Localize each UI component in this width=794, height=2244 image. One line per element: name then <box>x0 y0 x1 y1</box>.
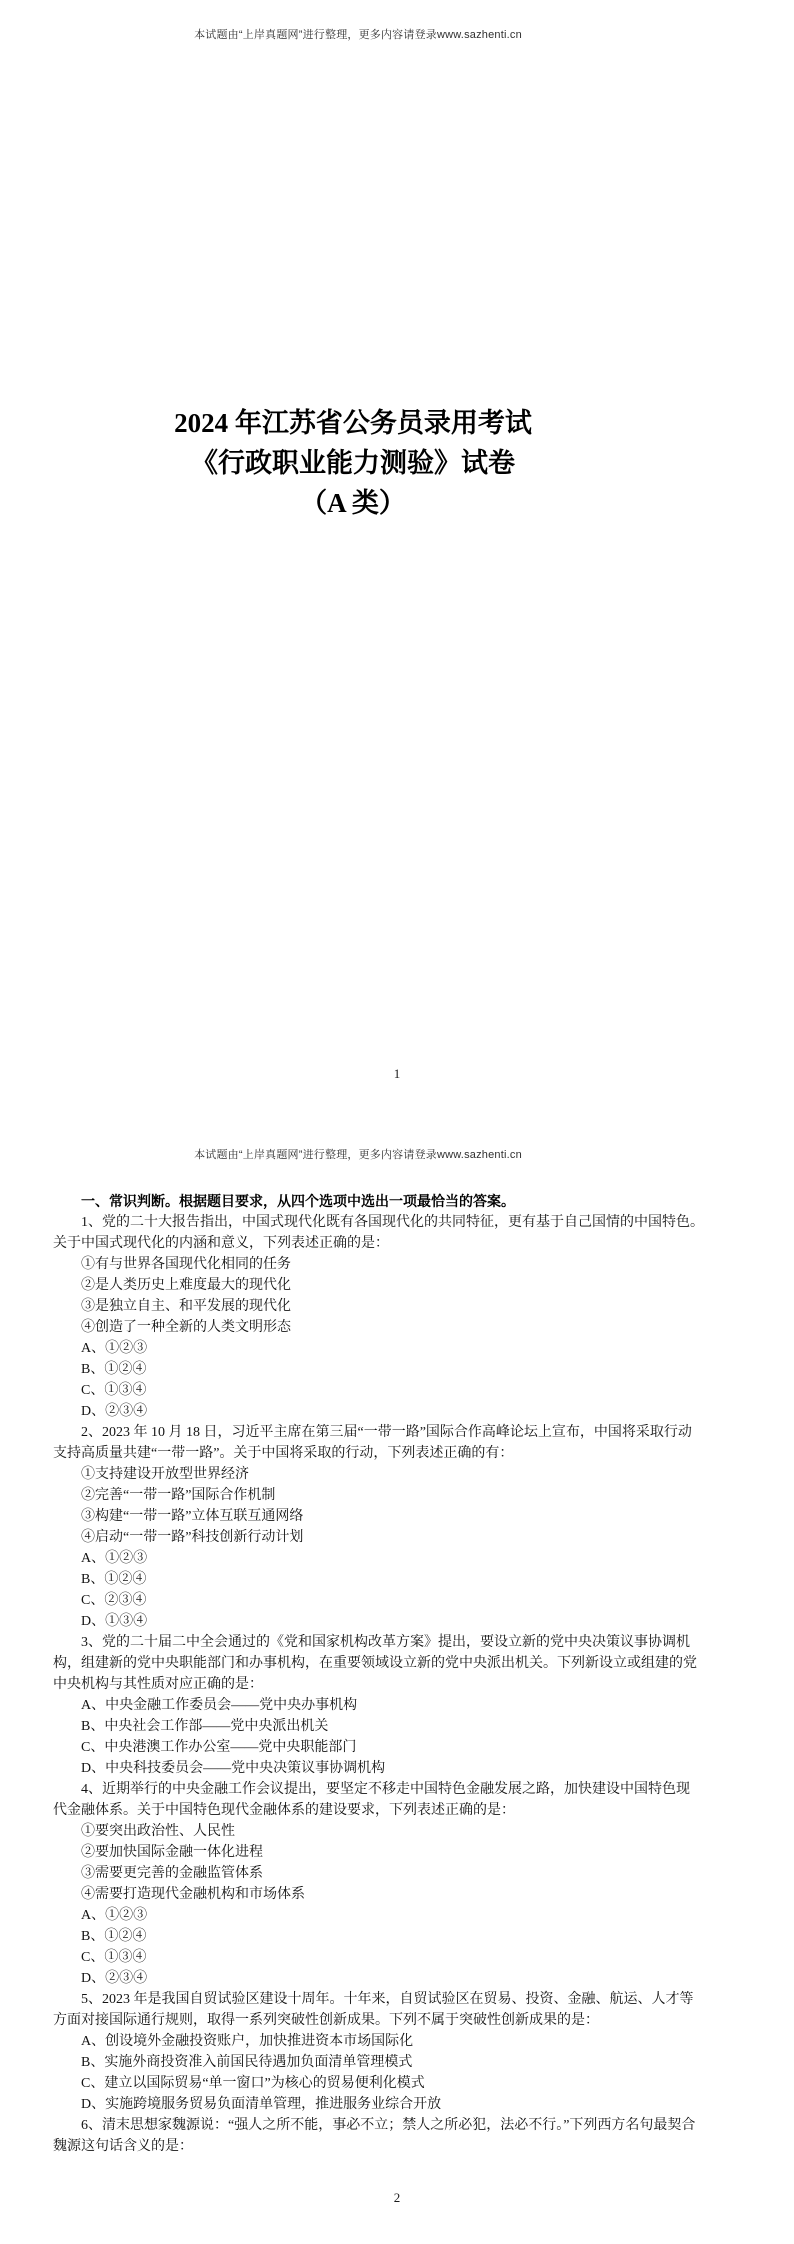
exam-text-line: 魏源这句话含义的是： <box>53 2136 745 2157</box>
exam-text-line: ②是人类历史上难度最大的现代化 <box>53 1275 745 1296</box>
exam-text-line: D、②③④ <box>53 1401 745 1422</box>
exam-text-line: 构，组建新的党中央职能部门和办事机构，在重要领域设立新的党中央派出机关。下列新设… <box>53 1653 745 1674</box>
exam-text-line: ③构建“一带一路”立体互联互通网络 <box>53 1506 745 1527</box>
exam-text-line: 中央机构与其性质对应正确的是： <box>53 1674 745 1695</box>
page-number-1: 1 <box>0 1066 794 1082</box>
exam-title: 2024 年江苏省公务员录用考试 《行政职业能力测验》试卷 （A 类） <box>33 403 673 523</box>
exam-text-line: D、②③④ <box>53 1968 745 1989</box>
exam-text-line: A、中央金融工作委员会——党中央办事机构 <box>53 1695 745 1716</box>
exam-text-line: 代金融体系。关于中国特色现代金融体系的建设要求，下列表述正确的是： <box>53 1800 745 1821</box>
exam-text-line: C、中央港澳工作办公室——党中央职能部门 <box>53 1737 745 1758</box>
exam-text-line: B、①②④ <box>53 1569 745 1590</box>
exam-title-line-2: 《行政职业能力测验》试卷 <box>33 443 673 483</box>
exam-text-line: 2、2023 年 10 月 18 日，习近平主席在第三届“一带一路”国际合作高峰… <box>53 1422 745 1443</box>
exam-title-line-1: 2024 年江苏省公务员录用考试 <box>33 403 673 443</box>
exam-text-line: 1、党的二十大报告指出，中国式现代化既有各国现代化的共同特征，更有基于自己国情的… <box>53 1212 745 1233</box>
exam-text-line: ④创造了一种全新的人类文明形态 <box>53 1317 745 1338</box>
section-header: 一、常识判断。根据题目要求，从四个选项中选出一项最恰当的答案。 <box>53 1191 745 1212</box>
source-note-page1: 本试题由“上岸真题网”进行整理，更多内容请登录www.sazhenti.cn <box>38 26 678 42</box>
exam-text-line: ①支持建设开放型世界经济 <box>53 1464 745 1485</box>
page-number-2: 2 <box>0 2190 794 2206</box>
exam-text-line: C、①③④ <box>53 1947 745 1968</box>
exam-text-line: A、①②③ <box>53 1905 745 1926</box>
exam-text-line: D、实施跨境服务贸易负面清单管理，推进服务业综合开放 <box>53 2094 745 2115</box>
exam-text-line: 方面对接国际通行规则，取得一系列突破性创新成果。下列不属于突破性创新成果的是： <box>53 2010 745 2031</box>
exam-text-line: 4、近期举行的中央金融工作会议提出，要坚定不移走中国特色金融发展之路，加快建设中… <box>53 1779 745 1800</box>
exam-text-line: A、①②③ <box>53 1548 745 1569</box>
exam-text-line: D、中央科技委员会——党中央决策议事协调机构 <box>53 1758 745 1779</box>
exam-text-line: ④需要打造现代金融机构和市场体系 <box>53 1884 745 1905</box>
exam-text-line: 关于中国式现代化的内涵和意义，下列表述正确的是： <box>53 1233 745 1254</box>
exam-text-line: B、①②④ <box>53 1359 745 1380</box>
exam-text-line: A、创设境外金融投资账户，加快推进资本市场国际化 <box>53 2031 745 2052</box>
exam-text-line: B、实施外商投资准入前国民待遇加负面清单管理模式 <box>53 2052 745 2073</box>
exam-text-line: 5、2023 年是我国自贸试验区建设十周年。十年来，自贸试验区在贸易、投资、金融… <box>53 1989 745 2010</box>
exam-text-line: C、①③④ <box>53 1380 745 1401</box>
exam-text-line: ③是独立自主、和平发展的现代化 <box>53 1296 745 1317</box>
exam-text-line: C、建立以国际贸易“单一窗口”为核心的贸易便利化模式 <box>53 2073 745 2094</box>
exam-text-line: ②完善“一带一路”国际合作机制 <box>53 1485 745 1506</box>
exam-text-line: ①要突出政治性、人民性 <box>53 1821 745 1842</box>
exam-title-line-3: （A 类） <box>33 483 673 523</box>
exam-text-line: B、中央社会工作部——党中央派出机关 <box>53 1716 745 1737</box>
exam-text-line: ④启动“一带一路”科技创新行动计划 <box>53 1527 745 1548</box>
questions-content: 一、常识判断。根据题目要求，从四个选项中选出一项最恰当的答案。1、党的二十大报告… <box>53 1191 745 2157</box>
exam-text-line: ①有与世界各国现代化相同的任务 <box>53 1254 745 1275</box>
exam-text-line: C、②③④ <box>53 1590 745 1611</box>
exam-text-line: A、①②③ <box>53 1338 745 1359</box>
exam-text-line: 3、党的二十届二中全会通过的《党和国家机构改革方案》提出，要设立新的党中央决策议… <box>53 1632 745 1653</box>
exam-text-line: ③需要更完善的金融监管体系 <box>53 1863 745 1884</box>
exam-text-line: B、①②④ <box>53 1926 745 1947</box>
source-note-page2: 本试题由“上岸真题网”进行整理，更多内容请登录www.sazhenti.cn <box>38 1146 678 1162</box>
exam-text-line: ②要加快国际金融一体化进程 <box>53 1842 745 1863</box>
exam-text-line: 6、清末思想家魏源说：“强人之所不能，事必不立；禁人之所必犯，法必不行。”下列西… <box>53 2115 745 2136</box>
exam-text-line: D、①③④ <box>53 1611 745 1632</box>
exam-text-line: 支持高质量共建“一带一路”。关于中国将采取的行动，下列表述正确的有： <box>53 1443 745 1464</box>
exam-document: { "colors": { "background": "#ffffff", "… <box>0 0 794 2244</box>
